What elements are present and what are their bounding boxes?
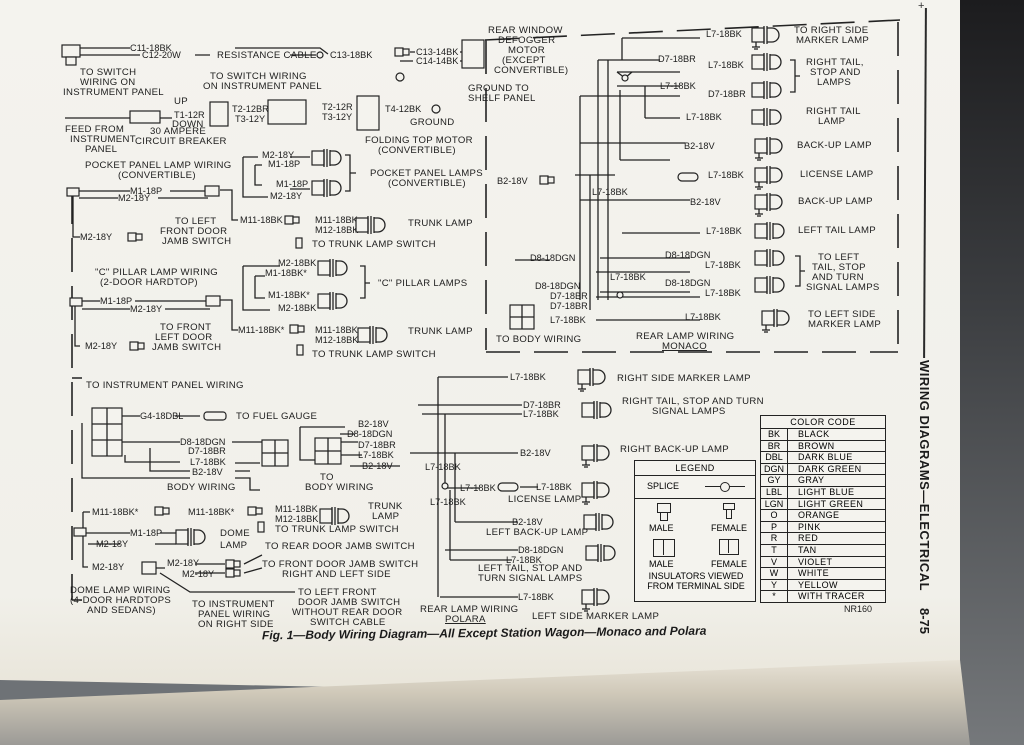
color-code-row: YYELLOW [761,580,885,592]
svg-text:CONVERTIBLE): CONVERTIBLE) [494,65,568,76]
color-name: VIOLET [788,557,832,568]
svg-text:D8-18DGN: D8-18DGN [530,253,575,263]
svg-text:L7-18BK: L7-18BK [592,187,629,197]
svg-text:M2-18Y: M2-18Y [118,193,150,203]
svg-text:M1-18BK*: M1-18BK* [268,290,310,300]
svg-text:JAMB SWITCH: JAMB SWITCH [162,236,231,247]
svg-text:D7-18BR: D7-18BR [188,446,226,456]
pocket-panel-circuit: POCKET PANEL LAMP WIRING (CONVERTIBLE) M… [67,149,483,250]
svg-text:TO TRUNK LAMP SWITCH: TO TRUNK LAMP SWITCH [275,524,399,535]
svg-text:M1-18BK*: M1-18BK* [265,268,307,278]
color-name: LIGHT BLUE [788,487,854,498]
color-code-row: RRED [761,533,885,545]
svg-text:M2-18BK: M2-18BK [278,303,317,313]
color-code-row: BKBLACK [761,429,885,441]
svg-text:B2-18V: B2-18V [512,517,544,527]
svg-text:M11-18BK*: M11-18BK* [92,507,139,517]
svg-text:POLARA: POLARA [445,614,486,625]
svg-text:L7-18BK: L7-18BK [706,29,743,39]
svg-text:LICENSE LAMP: LICENSE LAMP [508,494,581,505]
svg-text:D7-18BR: D7-18BR [550,291,588,301]
color-name: YELLOW [788,580,838,591]
color-code: LGN [761,499,788,510]
legend-title: LEGEND [635,461,755,476]
svg-text:RIGHT BACK-UP LAMP: RIGHT BACK-UP LAMP [620,444,729,455]
svg-text:MONACO: MONACO [662,341,707,352]
body-wiring-circuit: TO INSTRUMENT PANEL WIRING G4-18DBL TO F… [82,380,400,493]
svg-text:M2-18Y: M2-18Y [92,562,124,572]
svg-text:(2-DOOR HARDTOP): (2-DOOR HARDTOP) [100,277,198,288]
figure-id: NR160 [844,604,872,614]
color-code-row: BRBROWN [761,441,885,453]
color-code: T [761,545,788,556]
svg-text:CIRCUIT BREAKER: CIRCUIT BREAKER [135,136,227,147]
svg-text:M11-18BK*: M11-18BK* [188,507,235,517]
svg-text:D7-18BR: D7-18BR [708,89,746,99]
svg-text:B2-18V: B2-18V [684,141,716,151]
svg-text:M2-18Y: M2-18Y [130,304,162,314]
svg-text:LEFT SIDE MARKER LAMP: LEFT SIDE MARKER LAMP [532,611,659,622]
svg-text:M1-18P: M1-18P [100,296,132,306]
svg-text:L7-18BK: L7-18BK [610,272,647,282]
svg-text:M2-18Y: M2-18Y [96,539,128,549]
page-number: 8-75 [917,608,932,634]
color-code: Y [761,580,788,591]
color-code-row: OORANGE [761,510,885,522]
svg-text:D8-18DGN: D8-18DGN [347,429,392,439]
svg-text:M12-18BK: M12-18BK [315,225,359,235]
color-code-row: DBLDARK BLUE [761,452,885,464]
svg-text:MARKER LAMP: MARKER LAMP [796,35,869,46]
svg-text:M1-18P: M1-18P [130,528,162,538]
color-name: DARK BLUE [788,452,853,463]
svg-text:M11-18BK*: M11-18BK* [238,325,285,335]
svg-text:LAMPS: LAMPS [817,77,851,88]
svg-text:L7-18BK: L7-18BK [536,482,573,492]
svg-text:T4-12BK: T4-12BK [385,104,422,114]
svg-text:D7-18BR: D7-18BR [550,301,588,311]
svg-text:AND SEDANS): AND SEDANS) [87,605,156,616]
svg-text:M2-18Y: M2-18Y [80,232,112,242]
svg-text:TO FUEL GAUGE: TO FUEL GAUGE [236,411,317,422]
svg-text:M12-18BK: M12-18BK [315,335,359,345]
color-code-row: LGNLIGHT GREEN [761,499,885,511]
svg-text:D8-18DGN: D8-18DGN [665,278,710,288]
color-name: WITH TRACER [788,591,865,602]
color-code: * [761,591,788,602]
svg-text:LICENSE LAMP: LICENSE LAMP [800,169,873,180]
svg-text:M2-18Y: M2-18Y [85,341,117,351]
svg-text:TRUNK LAMP: TRUNK LAMP [408,326,473,337]
wire-label: C12-20W [142,50,181,60]
svg-text:D7-18BR: D7-18BR [658,54,696,64]
color-name: DARK GREEN [788,464,862,475]
color-code-row: GYGRAY [761,475,885,487]
color-code: BR [761,441,788,452]
svg-text:TO BODY WIRING: TO BODY WIRING [496,334,581,345]
svg-text:LAMP: LAMP [220,540,247,551]
color-name: ORANGE [788,510,839,521]
svg-text:B2-18V: B2-18V [690,197,722,207]
color-code: W [761,568,788,579]
color-name: PINK [788,522,821,533]
svg-text:B2-18V: B2-18V [362,461,394,471]
svg-text:D8-18DGN: D8-18DGN [665,250,710,260]
color-code: DBL [761,452,788,463]
color-code-row: VVIOLET [761,557,885,569]
svg-text:B2-18V: B2-18V [520,448,552,458]
color-name: TAN [788,545,817,556]
color-name: BLACK [788,429,830,440]
color-code-title: COLOR CODE [761,416,885,429]
svg-text:LAMP: LAMP [818,116,845,127]
svg-text:M12-18BK: M12-18BK [275,514,319,524]
svg-text:M11-18BK: M11-18BK [315,215,359,225]
svg-text:L7-18BK: L7-18BK [705,288,742,298]
svg-text:RIGHT AND LEFT SIDE: RIGHT AND LEFT SIDE [282,569,391,580]
color-code-row: WWHITE [761,568,885,580]
svg-text:M11-18BK: M11-18BK [315,325,359,335]
color-code-table: COLOR CODE BKBLACKBRBROWNDBLDARK BLUEDGN… [760,415,886,603]
color-code: GY [761,475,788,486]
svg-text:L7-18BK: L7-18BK [705,260,742,270]
svg-text:(CONVERTIBLE): (CONVERTIBLE) [118,170,196,181]
svg-text:T2-12R: T2-12R [322,102,353,112]
color-code: DGN [761,464,788,475]
svg-text:L7-18BK: L7-18BK [510,372,547,382]
svg-text:BODY WIRING: BODY WIRING [167,482,236,493]
color-name: GRAY [788,475,824,486]
svg-text:B2-18V: B2-18V [497,176,529,186]
svg-text:JAMB SWITCH: JAMB SWITCH [152,342,221,353]
svg-text:D8-18DGN: D8-18DGN [518,545,563,555]
svg-text:L7-18BK: L7-18BK [518,592,555,602]
svg-text:M11-18BK: M11-18BK [275,504,319,514]
svg-text:ON INSTRUMENT PANEL: ON INSTRUMENT PANEL [203,81,322,92]
svg-text:BODY WIRING: BODY WIRING [305,482,374,493]
svg-text:L7-18BK: L7-18BK [460,483,497,493]
color-name: WHITE [788,568,829,579]
section-title: WIRING DIAGRAMS—ELECTRICAL [917,360,932,591]
c-pillar-circuit: "C" PILLAR LAMP WIRING (2-DOOR HARDTOP) … [70,258,473,360]
color-code: O [761,510,788,521]
svg-text:TO INSTRUMENT PANEL WIRING: TO INSTRUMENT PANEL WIRING [86,380,244,391]
svg-text:DOME: DOME [220,528,250,539]
wire-label: C14-14BK [416,56,459,66]
svg-text:L7-18BK: L7-18BK [425,462,462,472]
color-code-row: LBLLIGHT BLUE [761,487,885,499]
svg-text:L7-18BK: L7-18BK [660,81,697,91]
svg-text:G4-18DBL: G4-18DBL [140,411,183,421]
svg-text:RIGHT SIDE MARKER LAMP: RIGHT SIDE MARKER LAMP [617,373,751,384]
svg-text:T3-12Y: T3-12Y [235,114,265,124]
color-code: R [761,533,788,544]
svg-text:BACK-UP LAMP: BACK-UP LAMP [797,140,872,151]
svg-text:GROUND: GROUND [410,117,454,128]
svg-text:SIGNAL LAMPS: SIGNAL LAMPS [652,406,726,417]
svg-text:L7-18BK: L7-18BK [550,315,587,325]
color-code: LBL [761,487,788,498]
svg-text:LEFT BACK-UP LAMP: LEFT BACK-UP LAMP [486,527,588,538]
svg-text:T3-12Y: T3-12Y [322,112,352,122]
female-insulator-icon [719,539,739,555]
svg-text:BACK-UP LAMP: BACK-UP LAMP [798,196,873,207]
svg-text:L7-18BK: L7-18BK [708,60,745,70]
color-code-row: DGNDARK GREEN [761,464,885,476]
svg-text:(CONVERTIBLE): (CONVERTIBLE) [378,145,456,156]
label: INSTRUMENT PANEL [63,87,164,98]
color-code: V [761,557,788,568]
color-code-row: PPINK [761,522,885,534]
svg-text:L7-18BK: L7-18BK [708,170,745,180]
top-left-circuit: C11-18BK C12-20W RESISTANCE CABLE C13-18… [62,25,568,156]
svg-text:TURN SIGNAL LAMPS: TURN SIGNAL LAMPS [478,573,582,584]
svg-text:L7-18BK: L7-18BK [523,409,560,419]
svg-text:TO TRUNK LAMP SWITCH: TO TRUNK LAMP SWITCH [312,349,436,360]
splice-node-icon [720,482,730,492]
crosshair-mark: + [918,0,924,12]
svg-text:L7-18BK: L7-18BK [190,457,227,467]
svg-text:B2-18V: B2-18V [192,467,224,477]
svg-text:UP: UP [174,96,188,107]
svg-text:D7-18BR: D7-18BR [358,440,396,450]
wire-label: C13-18BK [330,50,373,60]
svg-text:L7-18BK: L7-18BK [686,112,723,122]
svg-text:TRUNK LAMP: TRUNK LAMP [408,218,473,229]
svg-text:LAMP: LAMP [372,511,399,522]
color-name: LIGHT GREEN [788,499,863,510]
svg-text:M2-18Y: M2-18Y [182,569,214,579]
svg-text:D8-18DGN: D8-18DGN [535,281,580,291]
svg-text:M1-18P: M1-18P [276,179,308,189]
svg-text:M1-18P: M1-18P [268,159,300,169]
legend-box: LEGEND SPLICE MALE FEMALE MALE FEMALE IN… [634,460,756,602]
svg-text:PANEL: PANEL [85,144,118,155]
male-insulator-icon [653,539,675,557]
svg-text:MARKER LAMP: MARKER LAMP [808,319,881,330]
svg-text:L7-18BK: L7-18BK [430,497,467,507]
legend-splice-row: SPLICE [635,476,755,499]
svg-text:TO REAR DOOR JAMB SWITCH: TO REAR DOOR JAMB SWITCH [265,541,415,552]
svg-text:M2-18Y: M2-18Y [270,191,302,201]
svg-text:(CONVERTIBLE): (CONVERTIBLE) [388,178,466,189]
color-code-row: *WITH TRACER [761,591,885,602]
svg-text:L7-18BK: L7-18BK [358,450,395,460]
svg-text:M2-18BK: M2-18BK [278,258,317,268]
svg-text:L7-18BK: L7-18BK [706,226,743,236]
color-name: BROWN [788,441,835,452]
svg-text:"C" PILLAR LAMPS: "C" PILLAR LAMPS [378,278,467,289]
svg-text:LEFT TAIL LAMP: LEFT TAIL LAMP [798,225,876,236]
svg-text:TO TRUNK LAMP SWITCH: TO TRUNK LAMP SWITCH [312,239,436,250]
svg-text:SIGNAL LAMPS: SIGNAL LAMPS [806,282,880,293]
color-code: P [761,522,788,533]
color-code-row: TTAN [761,545,885,557]
svg-text:M2-18Y: M2-18Y [167,558,199,568]
label: RESISTANCE CABLE [217,50,317,61]
svg-text:B2-18V: B2-18V [358,419,390,429]
color-code: BK [761,429,788,440]
svg-text:T2-12BR: T2-12BR [232,104,269,114]
splice-label: SPLICE [647,481,679,491]
dome-lamp-circuit: M11-18BK* M11-18BK* M11-18BK M12-18BK TR… [70,501,418,630]
svg-text:SHELF PANEL: SHELF PANEL [468,93,536,104]
insulators-note: INSULATORS VIEWED FROM TERMINAL SIDE [639,571,753,591]
svg-text:L7-18BK: L7-18BK [685,312,722,322]
color-name: RED [788,533,818,544]
svg-text:M11-18BK: M11-18BK [240,215,284,225]
